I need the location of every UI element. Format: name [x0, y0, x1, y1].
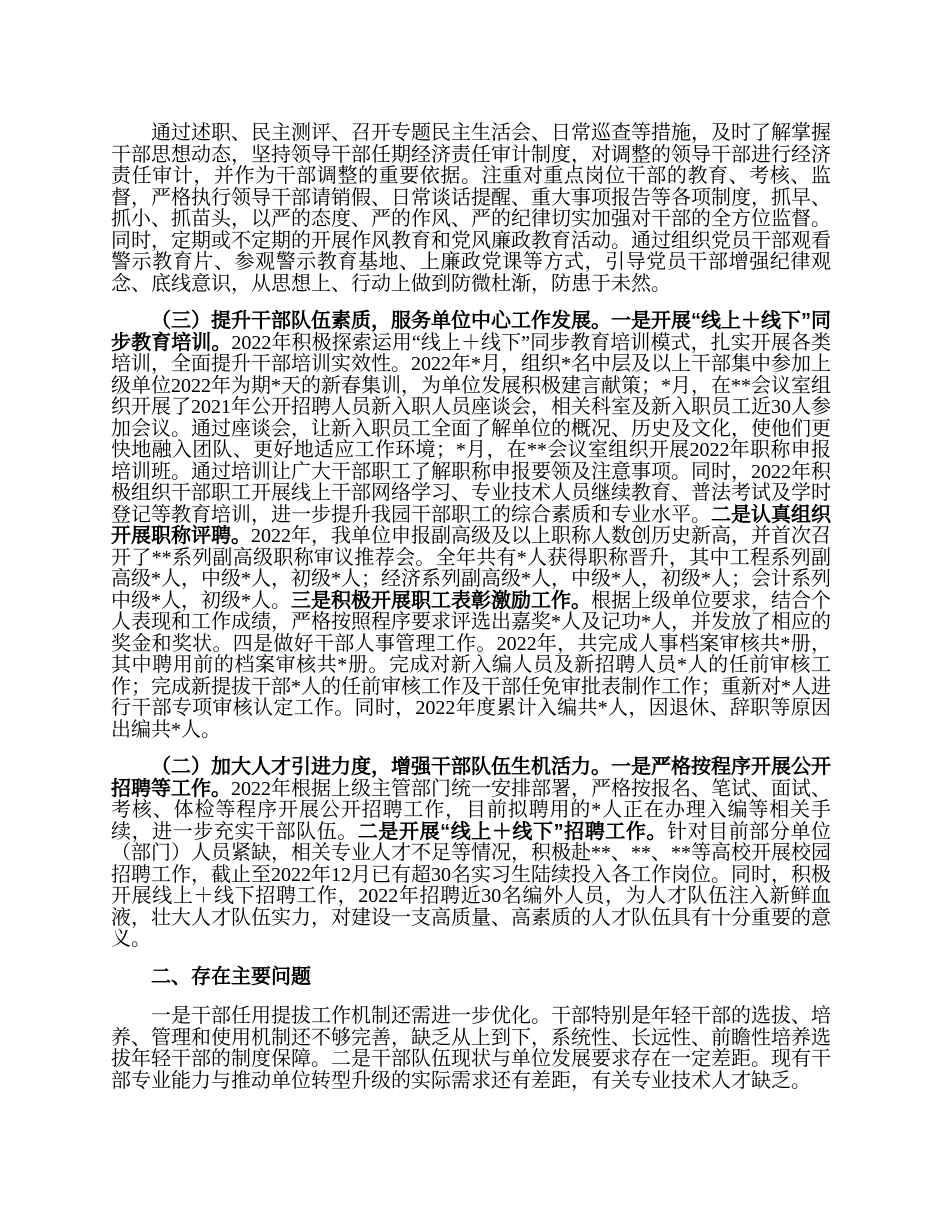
text-run: 一是干部任用提拔工作机制还需进一步优化。干部特别是年轻干部的选拔、培养、管理和使…	[111, 1005, 831, 1092]
text-run: 2022年积极探索运用“线上＋线下”同步教育培训模式，扎实开展各类培训，全面提升…	[111, 332, 831, 526]
section-heading: 二、存在主要问题	[111, 967, 831, 989]
document-paragraph: 一是干部任用提拔工作机制还需进一步优化。干部特别是年轻干部的选拔、培养、管理和使…	[111, 1006, 831, 1092]
bold-text-run: 三是积极开展职工表彰激励工作。	[291, 590, 591, 612]
document-body: 通过述职、民主测评、召开专题民主生活会、日常巡查等措施，及时了解掌握干部思想动态…	[111, 123, 831, 1092]
text-run: 通过述职、民主测评、召开专题民主生活会、日常巡查等措施，及时了解掌握干部思想动态…	[111, 122, 831, 295]
text-run: 根据上级单位要求，结合个人表现和工作成绩，严格按照程序要求评选出嘉奖*人及记功*…	[111, 590, 831, 741]
bold-text-run: 二、存在主要问题	[151, 966, 311, 988]
document-paragraph: （二）加大人才引进力度，增强干部队伍生机活力。一是严格按程序开展公开招聘等工作。…	[111, 757, 831, 951]
document-paragraph: 通过述职、民主测评、召开专题民主生活会、日常巡查等措施，及时了解掌握干部思想动态…	[111, 123, 831, 295]
bold-text-run: 二是开展“线上＋线下”招聘工作。	[358, 821, 667, 843]
document-paragraph: （三）提升干部队伍素质，服务单位中心工作发展。一是开展“线上＋线下”同步教育培训…	[111, 311, 831, 741]
document-page: 通过述职、民主测评、召开专题民主生活会、日常巡查等措施，及时了解掌握干部思想动态…	[0, 0, 950, 1230]
